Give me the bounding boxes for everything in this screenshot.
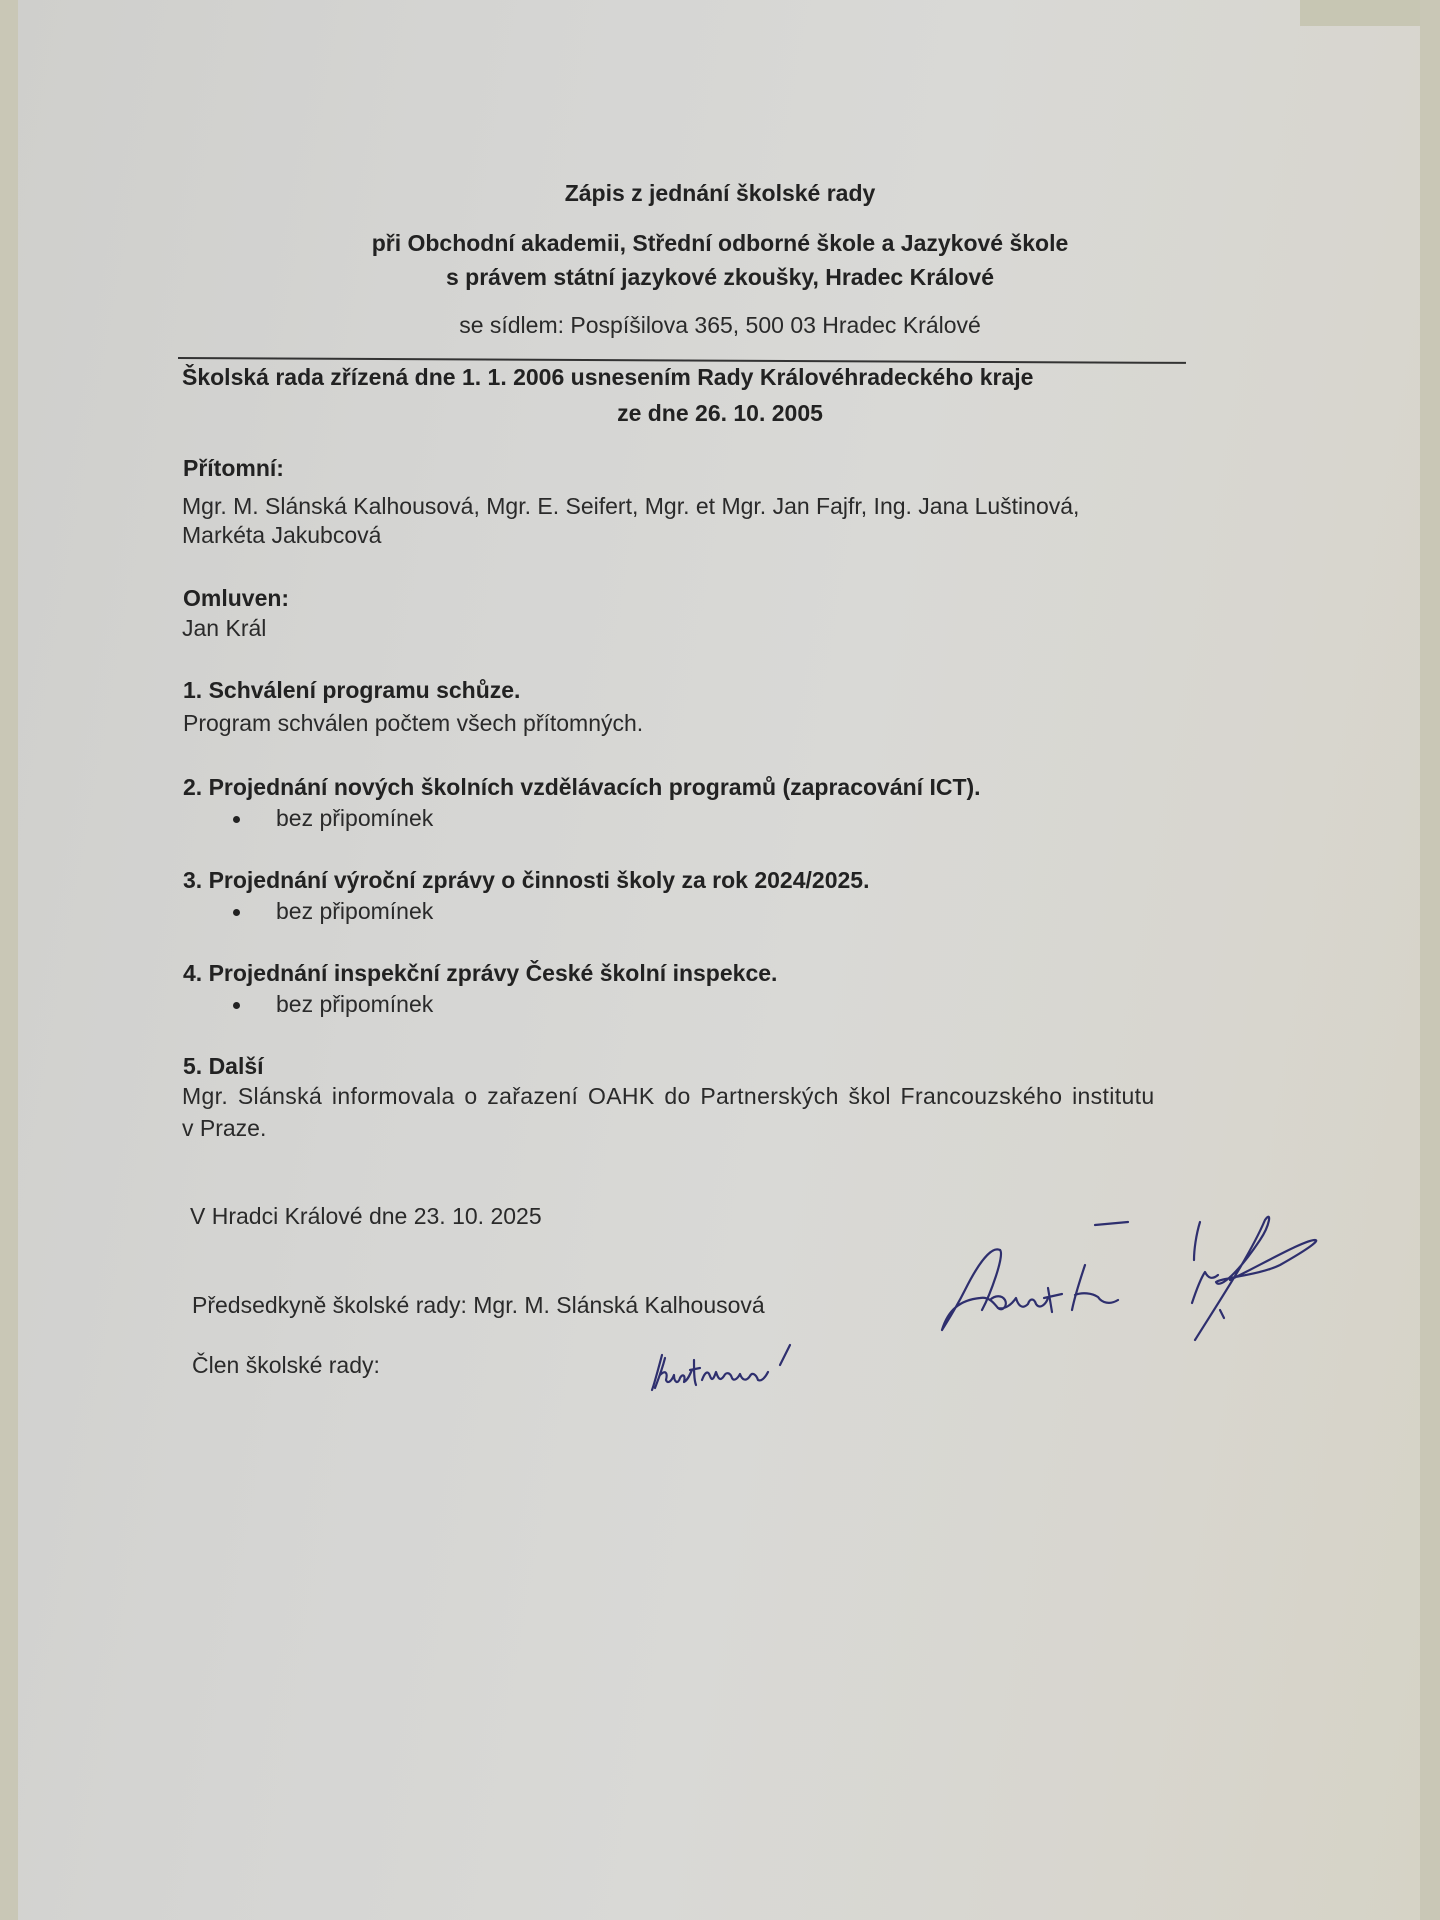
chair-signature-icon: [920, 1200, 1340, 1360]
background-strip: [1300, 0, 1420, 26]
institution-address: se sídlem: Pospíšilova 365, 500 03 Hrade…: [0, 312, 1440, 339]
bullet-text: bez připomínek: [276, 991, 433, 1018]
agenda-item-5-text-line-1: Mgr. Slánská informovala o zařazení OAHK…: [182, 1083, 1155, 1110]
agenda-item-5-text-line-2: v Praze.: [182, 1115, 266, 1142]
bullet-icon: [233, 909, 240, 916]
establishment-line-1: Školská rada zřízená dne 1. 1. 2006 usne…: [182, 364, 1033, 391]
present-names-line-2: Markéta Jakubcová: [182, 522, 381, 549]
bullet-icon: [233, 1002, 240, 1009]
excused-heading: Omluven:: [183, 585, 289, 612]
bullet-text: bez připomínek: [276, 805, 433, 832]
agenda-item-3-heading: 3. Projednání výroční zprávy o činnosti …: [183, 867, 869, 894]
agenda-item-1-heading: 1. Schválení programu schůze.: [183, 677, 520, 704]
place-and-date: V Hradci Králové dne 23. 10. 2025: [190, 1203, 542, 1230]
document-title: Zápis z jednání školské rady: [0, 180, 1440, 207]
chair-signature-label: Předsedkyně školské rady: Mgr. M. Slánsk…: [192, 1292, 765, 1319]
agenda-item-5-heading: 5. Další: [183, 1053, 264, 1080]
excused-names: Jan Král: [182, 615, 266, 642]
establishment-line-2: ze dne 26. 10. 2005: [0, 400, 1440, 427]
present-names-line-1: Mgr. M. Slánská Kalhousová, Mgr. E. Seif…: [182, 493, 1079, 520]
present-heading: Přítomní:: [183, 455, 284, 482]
member-signature-icon: [640, 1330, 840, 1410]
bullet-icon: [233, 816, 240, 823]
institution-line-1: při Obchodní akademii, Střední odborné š…: [0, 230, 1440, 257]
agenda-item-2-heading: 2. Projednání nových školních vzdělávací…: [183, 774, 981, 801]
bullet-text: bez připomínek: [276, 898, 433, 925]
institution-line-2: s právem státní jazykové zkoušky, Hradec…: [0, 264, 1440, 291]
member-signature-label: Člen školské rady:: [192, 1352, 380, 1379]
agenda-item-1-text: Program schválen počtem všech přítomných…: [183, 710, 643, 737]
agenda-item-4-heading: 4. Projednání inspekční zprávy České ško…: [183, 960, 777, 987]
